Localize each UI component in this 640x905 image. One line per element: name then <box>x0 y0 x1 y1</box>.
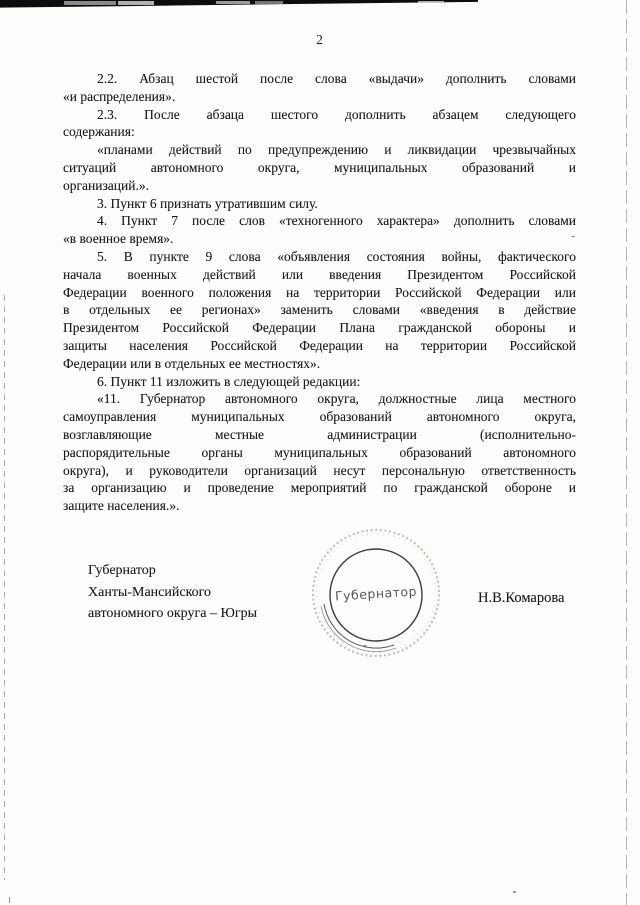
scanned-document-page: 2 2.2. Абзац шестой после слова «выдачи»… <box>0 0 640 905</box>
text-line: 2.3. После абзаца шестого дополнить абза… <box>63 106 576 124</box>
text-line: возглавляющие местные администрации (исп… <box>63 426 576 444</box>
text-line: 6. Пункт 11 изложить в следующей редакци… <box>63 373 576 391</box>
scan-artifact-segment <box>255 1 283 4</box>
text-line: 4. Пункт 7 после слов «техногенного хара… <box>63 212 576 230</box>
text-line: 2.2. Абзац шестой после слова «выдачи» д… <box>63 70 576 88</box>
scan-artifact-left-edge <box>4 295 5 880</box>
paragraph: «11. Губернатор автономного округа, долж… <box>63 390 576 515</box>
scan-artifact-top-edge <box>0 0 478 8</box>
text-line: самоуправления муниципальных образований… <box>63 408 576 426</box>
text-line: защиты населения Российской Федерации на… <box>63 337 576 355</box>
text-line: ситуаций автономного округа, муниципальн… <box>63 159 576 177</box>
scan-artifact-segment <box>418 1 444 3</box>
paragraph: 2.3. После абзаца шестого дополнить абза… <box>63 106 576 142</box>
paragraph: 4. Пункт 7 после слов «техногенного хара… <box>63 212 576 248</box>
scan-artifact-segment <box>216 1 250 4</box>
text-line: Федерации военного положения на территор… <box>63 284 576 302</box>
text-line: «и распределения». <box>63 88 576 106</box>
text-line: распорядительные органы муниципальных об… <box>63 444 576 462</box>
text-line: за организацию и проведение мероприятий … <box>63 479 576 497</box>
signatory-name: Н.В.Комарова <box>478 589 564 607</box>
text-line: Президентом Российской Федерации Плана г… <box>63 319 576 337</box>
text-line: Федерации или в отдельных ее местностях»… <box>63 355 576 373</box>
scan-artifact-right-edge <box>626 0 627 905</box>
document-body: 2.2. Абзац шестой после слова «выдачи» д… <box>63 70 576 515</box>
scan-artifact-segment <box>64 1 116 5</box>
text-line: «планами действий по предупреждению и ли… <box>63 141 576 159</box>
governor-seal-stamp: Губернатор <box>301 518 451 668</box>
text-line: организаций.». <box>63 177 576 195</box>
text-line: 3. Пункт 6 признать утратившим силу. <box>63 195 576 213</box>
text-line: защите населения.». <box>63 497 576 515</box>
scan-artifact-segment <box>118 1 154 5</box>
text-line: «11. Губернатор автономного округа, долж… <box>63 390 576 408</box>
text-line: содержания: <box>63 123 576 141</box>
text-line: 5. В пункте 9 слова «объявления состояни… <box>63 248 576 266</box>
signatory-title-line: автономного округа – Югры <box>88 603 257 625</box>
paragraph: 3. Пункт 6 признать утратившим силу. <box>63 195 576 213</box>
text-line: в отдельных ее регионах» заменить словам… <box>63 301 576 319</box>
signatory-title-line: Губернатор <box>88 560 257 582</box>
signatory-title-line: Ханты-Мансийского <box>88 582 257 604</box>
scan-artifact-speck <box>513 891 516 893</box>
text-line: начала военных действий или введения Пре… <box>63 266 576 284</box>
text-line: округа), и руководители организаций несу… <box>63 462 576 480</box>
paragraph: 6. Пункт 11 изложить в следующей редакци… <box>63 373 576 391</box>
text-line: «в военное время». <box>63 230 576 248</box>
scan-artifact-speck <box>9 897 10 903</box>
paragraph: «планами действий по предупреждению и ли… <box>63 141 576 194</box>
paragraph: 2.2. Абзац шестой после слова «выдачи» д… <box>63 70 576 106</box>
paragraph: 5. В пункте 9 слова «объявления состояни… <box>63 248 576 373</box>
signatory-title: ГубернаторХанты-Мансийскогоавтономного о… <box>88 560 257 625</box>
page-number: 2 <box>63 31 576 48</box>
